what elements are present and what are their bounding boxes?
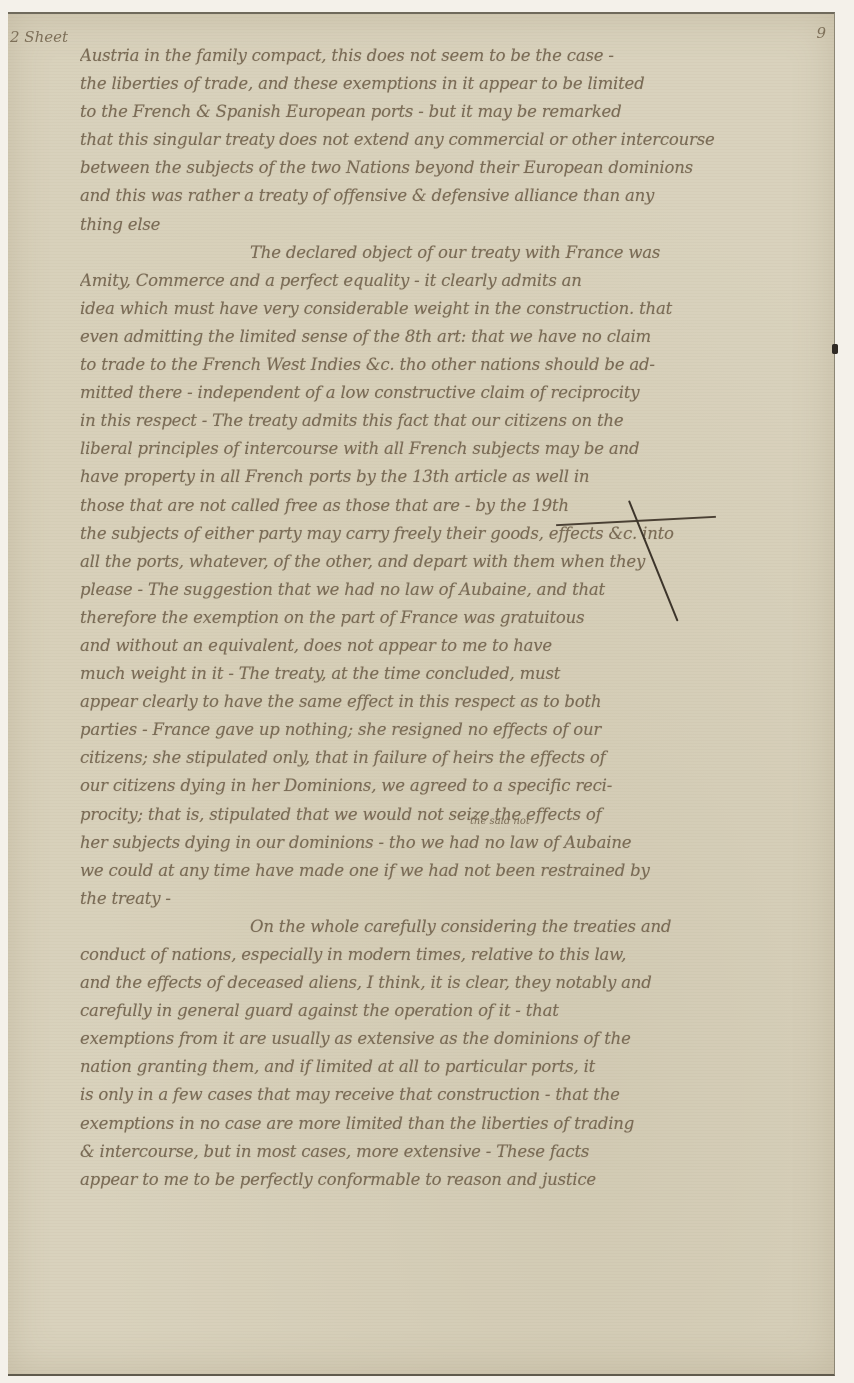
text-line: appear to me to be perfectly conformable… (80, 1166, 820, 1194)
text-line: and the effects of deceased aliens, I th… (80, 969, 820, 997)
text-line: is only in a few cases that may receive … (80, 1081, 820, 1109)
text-line: her subjects dying in our dominions - th… (80, 829, 820, 857)
text-line: the liberties of trade, and these exempt… (80, 70, 820, 98)
text-line: the subjects of either party may carry f… (80, 520, 820, 548)
text-line: Amity, Commerce and a perfect equality -… (80, 267, 820, 295)
text-line: in this respect - The treaty admits this… (80, 407, 820, 435)
text-line: exemptions in no case are more limited t… (80, 1110, 820, 1138)
sheet-label: 2 Sheet (10, 28, 68, 46)
text-line: have property in all French ports by the… (80, 463, 820, 491)
text-line: mitted there - independent of a low cons… (80, 379, 820, 407)
text-line: much weight in it - The treaty, at the t… (80, 660, 820, 688)
manuscript-text: Austria in the family compact, this does… (80, 42, 820, 1194)
text-line: nation granting them, and if limited at … (80, 1053, 820, 1081)
text-line: our citizens dying in her Dominions, we … (80, 772, 820, 800)
text-line: conduct of nations, especially in modern… (80, 941, 820, 969)
text-line: carefully in general guard against the o… (80, 997, 820, 1025)
text-line: citizens; she stipulated only, that in f… (80, 744, 820, 772)
paragraph-start-line: The declared object of our treaty with F… (80, 239, 820, 267)
text-line: to the French & Spanish European ports -… (80, 98, 820, 126)
text-line: all the ports, whatever, of the other, a… (80, 548, 820, 576)
text-line: that this singular treaty does not exten… (80, 126, 820, 154)
text-line: & intercourse, but in most cases, more e… (80, 1138, 820, 1166)
ink-blot (832, 344, 838, 354)
text-line: procity; that is, stipulated that we wou… (80, 801, 820, 829)
text-line: liberal principles of intercourse with a… (80, 435, 820, 463)
page-number: 9 (816, 24, 826, 42)
text-line: and without an equivalent, does not appe… (80, 632, 820, 660)
text-line: even admitting the limited sense of the … (80, 323, 820, 351)
text-line: thing else (80, 211, 820, 239)
text-line: appear clearly to have the same effect i… (80, 688, 820, 716)
text-line: parties - France gave up nothing; she re… (80, 716, 820, 744)
text-line: between the subjects of the two Nations … (80, 154, 820, 182)
text-line: Austria in the family compact, this does… (80, 42, 820, 70)
text-line: the treaty - (80, 885, 820, 913)
text-line: and this was rather a treaty of offensiv… (80, 182, 820, 210)
text-line: we could at any time have made one if we… (80, 857, 820, 885)
text-line: therefore the exemption on the part of F… (80, 604, 820, 632)
text-line: to trade to the French West Indies &c. t… (80, 351, 820, 379)
text-line: exemptions from it are usually as extens… (80, 1025, 820, 1053)
text-line: please - The suggestion that we had no l… (80, 576, 820, 604)
text-line: idea which must have very considerable w… (80, 295, 820, 323)
paragraph-start-line: On the whole carefully considering the t… (80, 913, 820, 941)
interlinear-note: the said not (470, 816, 530, 827)
manuscript-page: 2 Sheet 9 Austria in the family compact,… (8, 12, 835, 1376)
